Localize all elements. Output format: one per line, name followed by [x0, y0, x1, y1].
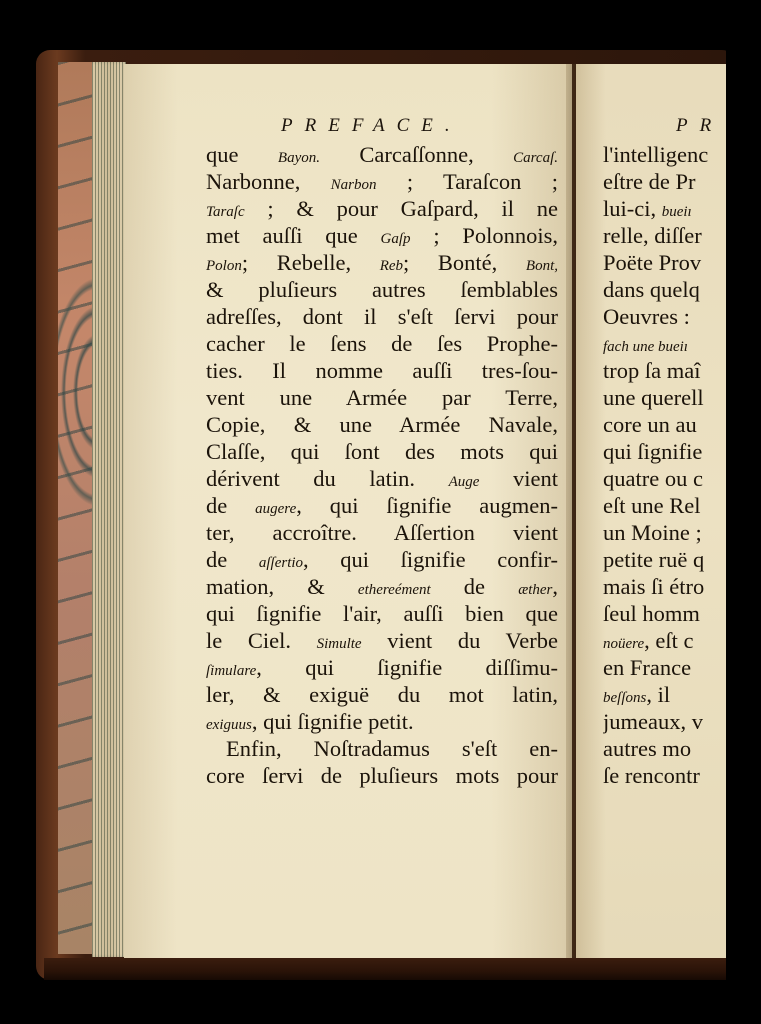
text-line: un Moine ; — [603, 519, 726, 546]
text-line: beſſons, il — [603, 681, 726, 708]
text-line: ler, & exiguë du mot latin, — [206, 681, 558, 708]
text-line: & pluſieurs autres ſemblables — [206, 276, 558, 303]
text-line: noüere, eſt c — [603, 627, 726, 654]
text-line: vent une Armée par Terre, — [206, 384, 558, 411]
text-line: Oeuvres : — [603, 303, 726, 330]
text-line: fach une bueiı — [603, 330, 726, 357]
text-line: Copie, & une Armée Navale, — [206, 411, 558, 438]
text-line: autres mo — [603, 735, 726, 762]
text-line: exiguus, qui ſignifie petit. — [206, 708, 558, 735]
text-line: de aſſertio, qui ſignifie confir- — [206, 546, 558, 573]
text-line: que Bayon. Carcaſſonne, Carcaſ. — [206, 141, 558, 168]
text-line: qui ſignifie — [603, 438, 726, 465]
text-line: adreſſes, dont il s'eſt ſervi pour — [206, 303, 558, 330]
text-line: Enfin, Noſtradamus s'eſt en- — [206, 735, 558, 762]
text-line: qui ſignifie l'air, auſſi bien que — [206, 600, 558, 627]
text-line: relle, diſſer — [603, 222, 726, 249]
text-line: Claſſe, qui ſont des mots qui — [206, 438, 558, 465]
text-line: ſimulare, qui ſignifie diſſimu- — [206, 654, 558, 681]
right-running-head: PR — [676, 115, 723, 137]
text-line: de augere, qui ſignifie augmen- — [206, 492, 558, 519]
text-line: Taraſc ; & pour Gaſpard, il ne — [206, 195, 558, 222]
text-line: met auſſi que Gaſp ; Polonnois, — [206, 222, 558, 249]
text-line: une querell — [603, 384, 726, 411]
text-line: dans quelq — [603, 276, 726, 303]
text-line: core un au — [603, 411, 726, 438]
text-line: l'intelligenc — [603, 141, 726, 168]
text-line: en France — [603, 654, 726, 681]
text-line: trop ſa maî — [603, 357, 726, 384]
marbled-endpaper — [58, 62, 92, 954]
left-page-text: que Bayon. Carcaſſonne, Carcaſ.Narbonne,… — [206, 141, 558, 789]
image-border-right — [726, 40, 761, 1024]
text-line: ſeul homm — [603, 600, 726, 627]
text-line: jumeaux, v — [603, 708, 726, 735]
text-line: core ſervi de pluſieurs mots pour — [206, 762, 558, 789]
text-line: mation, & ethereément de æther, — [206, 573, 558, 600]
right-page-text: l'intelligenceſtre de Prlui-ci, bueiırel… — [603, 141, 726, 789]
text-line: le Ciel. Simulte vient du Verbe — [206, 627, 558, 654]
cover-bottom-edge — [44, 958, 726, 980]
text-line: eſt une Rel — [603, 492, 726, 519]
text-line: dérivent du latin. Auge vient — [206, 465, 558, 492]
text-line: Poëte Prov — [603, 249, 726, 276]
text-line: eſtre de Pr — [603, 168, 726, 195]
text-line: ſe rencontr — [603, 762, 726, 789]
page-edges — [92, 62, 126, 957]
text-line: cacher le ſens de ſes Prophe- — [206, 330, 558, 357]
text-line: lui-ci, bueiı — [603, 195, 726, 222]
text-line: Narbonne, Narbon ; Taraſcon ; — [206, 168, 558, 195]
text-line: Polon; Rebelle, Reb; Bonté, Bont, — [206, 249, 558, 276]
text-line: ter, accroître. Aſſertion vient — [206, 519, 558, 546]
text-line: petite ruë q — [603, 546, 726, 573]
left-running-head: PREFACE. — [281, 115, 462, 137]
text-line: quatre ou c — [603, 465, 726, 492]
text-line: ties. Il nomme auſſi tres-ſou- — [206, 357, 558, 384]
text-line: mais ſi étro — [603, 573, 726, 600]
